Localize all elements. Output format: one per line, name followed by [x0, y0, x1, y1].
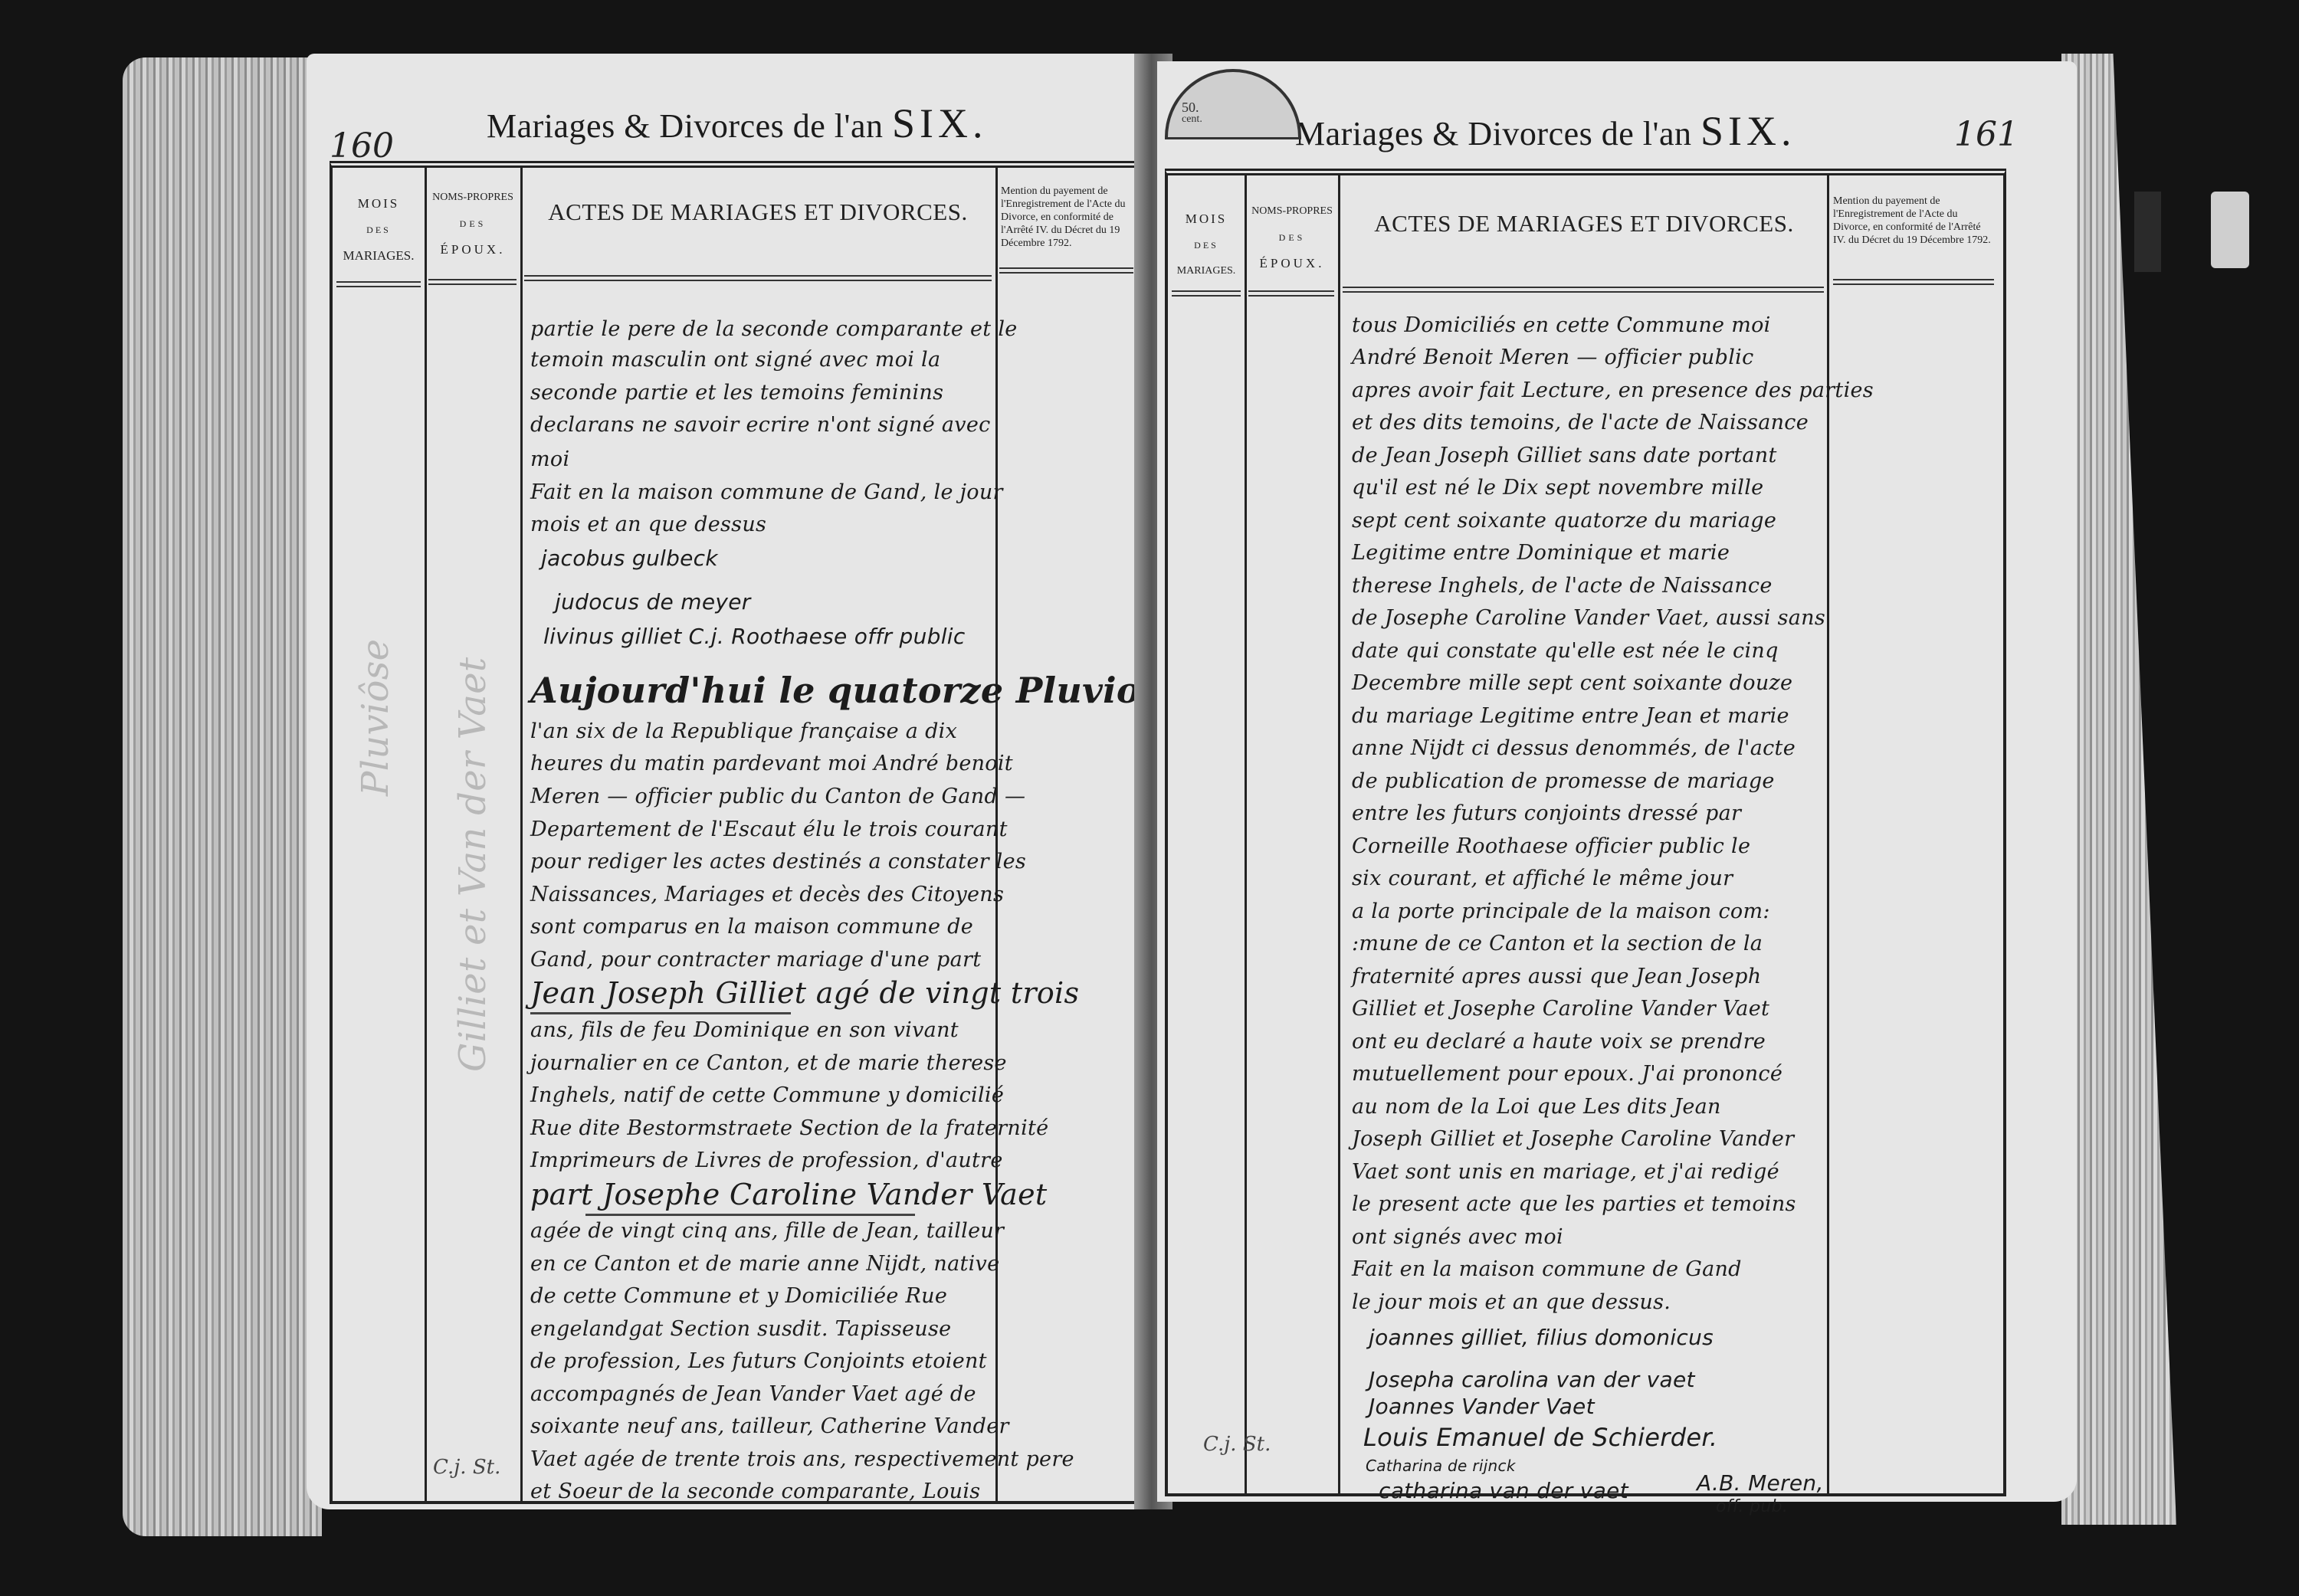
text-line: partie le pere de la seconde comparante … — [530, 317, 1018, 341]
text-line: ont signés avec moi — [1352, 1225, 1563, 1249]
header-mention: Mention du payement de l'Enregistrement … — [1833, 195, 1994, 247]
margin-month: Pluviôse — [354, 639, 397, 796]
text-line: Departement de l'Escaut élu le trois cou… — [530, 818, 1008, 841]
text-line: apres avoir fait Lecture, en presence de… — [1352, 379, 1874, 402]
header-rule — [1343, 287, 1824, 293]
column-divider — [520, 168, 523, 1501]
running-title-year: SIX. — [1700, 108, 1796, 154]
header-mois: MOIS DES MARIAGES. — [333, 191, 425, 269]
bookmark-ribbon — [2134, 192, 2161, 272]
column-divider — [1245, 175, 1247, 1493]
act-opening-line: Aujourd'hui le quatorze Pluviose — [530, 670, 1183, 711]
text-line: Rue dite Bestormstraete Section de la fr… — [530, 1116, 1048, 1140]
text-line: Decembre mille sept cent soixante douze — [1352, 671, 1792, 695]
running-title-year: SIX. — [892, 100, 988, 146]
register-table: MOIS DES MARIAGES. NOMS-PROPRES DES ÉPOU… — [330, 161, 1140, 1504]
text-line: journalier en ce Canton, et de marie the… — [530, 1051, 1007, 1075]
text-line: six courant, et affiché le même jour — [1352, 867, 1733, 890]
column-divider — [425, 168, 427, 1501]
text-line: sept cent soixante quatorze du mariage — [1352, 509, 1776, 533]
text-line: du mariage Legitime entre Jean et marie — [1352, 704, 1789, 728]
signature-bride: Josepha carolina van der vaet — [1369, 1367, 1695, 1392]
signature-officer-title: off. pub. — [1716, 1497, 1788, 1516]
text-line: André Benoit Meren — officier public — [1352, 346, 1754, 369]
column-divider — [1338, 175, 1340, 1493]
text-line: Fait en la maison commune de Gand — [1352, 1257, 1742, 1281]
header-rule — [1248, 290, 1334, 297]
signature-witness: Louis Emanuel de Schierder. — [1363, 1423, 1717, 1452]
text-line: heures du matin pardevant moi André beno… — [530, 752, 1013, 775]
text-line: date qui constate qu'elle est née le cin… — [1352, 639, 1779, 663]
text-line: mois et an que dessus — [530, 513, 766, 536]
text-line: Meren — officier public du Canton de Gan… — [530, 785, 1025, 808]
corner-marker: C.j. St. — [433, 1456, 500, 1479]
name-underline — [585, 1214, 915, 1216]
text-line: Gand, pour contracter mariage d'une part — [530, 948, 981, 972]
text-line: :mune de ce Canton et la section de la — [1352, 932, 1763, 955]
text-line: sont comparus en la maison commune de — [530, 915, 973, 939]
text-line: de profession, Les futurs Conjoints etoi… — [530, 1349, 987, 1373]
text-line: et Soeur de la seconde comparante, Louis — [530, 1480, 980, 1503]
header-rule — [1833, 279, 1994, 285]
text-line: Legitime entre Dominique et marie — [1352, 541, 1730, 565]
name-underline — [530, 1012, 791, 1014]
text-line: Vaet sont unis en mariage, et j'ai redig… — [1352, 1160, 1779, 1184]
header-rule — [524, 275, 992, 281]
header-noms: NOMS-PROPRES DES ÉPOUX. — [426, 185, 520, 263]
text-line: ans, fils de feu Dominique en son vivant — [530, 1018, 959, 1042]
text-line: seconde partie et les temoins feminins — [530, 381, 943, 405]
header-rule — [428, 279, 517, 285]
text-line: accompagnés de Jean Vander Vaet agé de — [530, 1382, 976, 1406]
signature-witness: Joannes Vander Vaet — [1369, 1394, 1595, 1419]
text-line: soixante neuf ans, tailleur, Catherine V… — [530, 1414, 1009, 1438]
running-title: Mariages & Divorces de l'an SIX. — [1295, 107, 1796, 155]
stamp-value: 50. cent. — [1182, 101, 1202, 126]
text-line: a la porte principale de la maison com: — [1352, 900, 1770, 923]
text-line: le jour mois et an que dessus. — [1352, 1290, 1671, 1314]
margin-spouse-names: Gilliet et Van der Vaet — [451, 657, 494, 1072]
header-actes: ACTES DE MARIAGES ET DIVORCES. — [1343, 210, 1825, 238]
text-line: fraternité apres aussi que Jean Joseph — [1352, 965, 1761, 988]
text-line: le present acte que les parties et temoi… — [1352, 1192, 1796, 1216]
header-mois: MOIS DES MARIAGES. — [1168, 206, 1245, 284]
book-page-edges-right — [2061, 54, 2176, 1525]
signature-witness: catharina van der vaet — [1379, 1478, 1628, 1503]
signature-line: jacobus gulbeck — [541, 546, 718, 571]
text-line: Gilliet et Josephe Caroline Vander Vaet — [1352, 997, 1769, 1021]
signature-line: judocus de meyer — [555, 589, 751, 614]
text-line: mutuellement pour epoux. J'ai prononcé — [1352, 1062, 1782, 1086]
groom-name-line: Jean Joseph Gilliet agé de vingt trois — [530, 976, 1079, 1010]
signature-line: livinus gilliet C.j. Roothaese offr publ… — [543, 624, 966, 649]
text-line: Corneille Roothaese officier public le — [1352, 834, 1750, 858]
book-page-edges-left — [123, 57, 322, 1536]
text-line: de cette Commune et y Domiciliée Rue — [530, 1284, 947, 1308]
running-title-text: Mariages & Divorces de l'an — [1295, 115, 1691, 152]
text-line: qu'il est né le Dix sept novembre mille — [1352, 476, 1763, 500]
left-page: 160 Mariages & Divorces de l'an SIX. MOI… — [307, 54, 1149, 1509]
text-line: pour rediger les actes destinés a consta… — [530, 850, 1026, 873]
signature-groom: joannes gilliet, filius domonicus — [1369, 1325, 1714, 1350]
running-title-text: Mariages & Divorces de l'an — [487, 107, 883, 145]
bride-name-line: part Josephe Caroline Vander Vaet — [530, 1178, 1048, 1211]
header-actes: ACTES DE MARIAGES ET DIVORCES. — [524, 198, 992, 226]
text-line: de Jean Joseph Gilliet sans date portant — [1352, 444, 1777, 467]
text-line: tous Domiciliés en cette Commune moi — [1352, 313, 1771, 337]
text-line: anne Nijdt ci dessus denommés, de l'acte — [1352, 736, 1796, 760]
text-line: declarans ne savoir ecrire n'ont signé a… — [530, 413, 991, 437]
text-line: ont eu declaré a haute voix se prendre — [1352, 1030, 1766, 1054]
header-rule — [999, 267, 1133, 274]
text-line: Fait en la maison commune de Gand, le jo… — [530, 480, 1003, 504]
text-line: therese Inghels, de l'acte de Naissance — [1352, 574, 1773, 598]
running-title: Mariages & Divorces de l'an SIX. — [487, 100, 988, 147]
header-rule — [336, 281, 421, 287]
text-line: Vaet agée de trente trois ans, respectiv… — [530, 1447, 1074, 1471]
text-line: Joseph Gilliet et Josephe Caroline Vande… — [1352, 1127, 1794, 1151]
text-line: de publication de promesse de mariage — [1352, 769, 1775, 793]
text-line: Imprimeurs de Livres de profession, d'au… — [530, 1149, 1003, 1172]
text-line: engelandgat Section susdit. Tapisseuse — [530, 1317, 951, 1341]
text-line: agée de vingt cinq ans, fille de Jean, t… — [530, 1219, 1004, 1243]
header-rule — [1172, 290, 1241, 297]
header-mention: Mention du payement de l'Enregistrement … — [1001, 185, 1131, 250]
folio-number: 161 — [1954, 115, 2019, 154]
text-line: l'an six de la Republique française a di… — [530, 719, 957, 743]
text-line: en ce Canton et de marie anne Nijdt, nat… — [530, 1252, 999, 1276]
header-noms: NOMS-PROPRES DES ÉPOUX. — [1246, 198, 1338, 277]
text-line: Inghels, natif de cette Commune y domici… — [530, 1083, 1004, 1107]
right-page: Mariages & Divorces de l'an SIX. 161 MOI… — [1157, 61, 2077, 1502]
corner-marker: C.j. St. — [1203, 1433, 1271, 1456]
text-line: de Josephe Caroline Vander Vaet, aussi s… — [1352, 606, 1825, 630]
text-line: au nom de la Loi que Les dits Jean — [1352, 1095, 1721, 1119]
signature-officer: A.B. Meren, — [1697, 1470, 1824, 1496]
text-line: moi — [530, 447, 569, 471]
text-line: et des dits temoins, de l'acte de Naissa… — [1352, 411, 1809, 434]
text-line: temoin masculin ont signé avec moi la — [530, 348, 940, 372]
archive-tab-label — [2211, 192, 2249, 268]
text-line: entre les futurs conjoints dressé par — [1352, 801, 1741, 825]
text-line: Naissances, Mariages et decès des Citoye… — [530, 883, 1004, 906]
signature-witness: Catharina de rijnck — [1366, 1457, 1516, 1475]
folio-number: 160 — [330, 126, 394, 165]
register-table: MOIS DES MARIAGES. NOMS-PROPRES DES ÉPOU… — [1165, 169, 2006, 1496]
column-divider — [1827, 175, 1829, 1493]
